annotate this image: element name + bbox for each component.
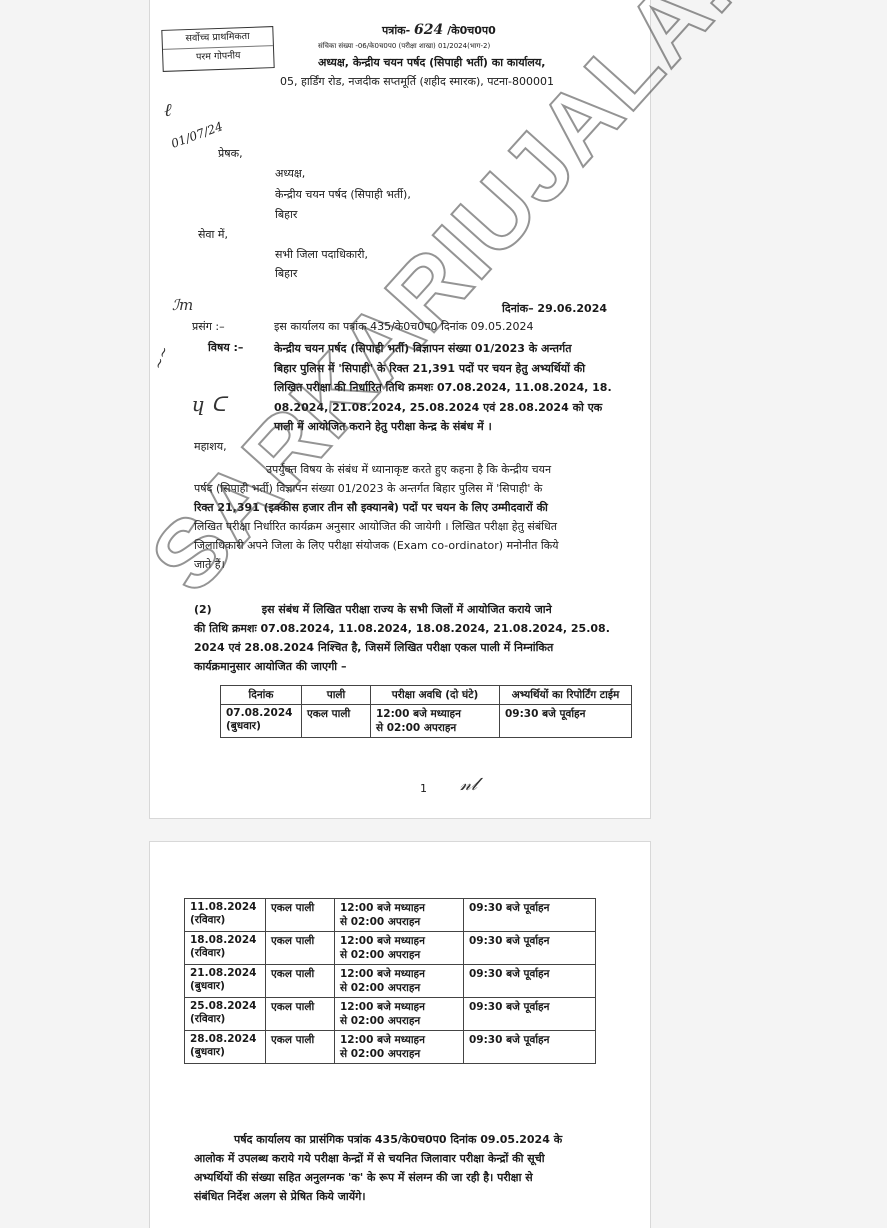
paragraph-2: (2)इस संबंध में लिखित परीक्षा राज्य के स… <box>194 600 614 676</box>
subject-label: विषय :– <box>208 339 243 356</box>
cell-reporting: 09:30 बजे पूर्वाहन <box>464 899 596 932</box>
cell-duration: 12:00 बजे मध्याहनसे 02:00 अपराहन <box>335 1031 464 1064</box>
cell-date: 07.08.2024(बुधवार) <box>221 705 302 738</box>
paragraph-1: उपर्युक्त विषय के संबंध में ध्यानाकृष्ट … <box>194 460 614 574</box>
reference-text: इस कार्यालय का पत्रांक 435/के0च0प0 दिनां… <box>274 318 534 335</box>
paragraph-line: लिखित परीक्षा निर्धारित कार्यक्रम अनुसार… <box>194 517 614 536</box>
file-reference: संचिका संख्या -06/के0च0प0 (परीक्षा शाखा)… <box>318 42 490 51</box>
paragraph-line: इस संबंध में लिखित परीक्षा राज्य के सभी … <box>262 603 552 616</box>
table-row: 25.08.2024(रविवार) एकल पाली 12:00 बजे मध… <box>185 998 596 1031</box>
handwritten-margin-note: ~~ <box>150 344 173 372</box>
cell-shift: एकल पाली <box>266 1031 335 1064</box>
cell-date: 21.08.2024(बुधवार) <box>185 965 266 998</box>
table-header-row: दिनांक पाली परीक्षा अवधि (दो घंटे) अभ्यर… <box>221 686 632 705</box>
column-header-duration: परीक्षा अवधि (दो घंटे) <box>371 686 500 705</box>
sender-label: प्रेषक, <box>218 145 243 162</box>
letter-number-suffix: /के0च0प0 <box>447 24 496 37</box>
sender-line-2: केन्द्रीय चयन पर्षद (सिपाही भर्ती), <box>275 186 411 203</box>
handwritten-date: 01/07/24 <box>169 119 224 151</box>
subject-line: पाली में आयोजित कराने हेतु परीक्षा केन्द… <box>274 417 612 437</box>
document-page-2: 11.08.2024(रविवार) एकल पाली 12:00 बजे मध… <box>150 842 650 1228</box>
cell-shift: एकल पाली <box>266 965 335 998</box>
column-header-reporting: अभ्यर्थियों का रिपोर्टिंग टाईम <box>500 686 632 705</box>
paragraph-line: रिक्त 21,391 (इक्कीस हजार तीन सौ इक्यानब… <box>194 498 614 517</box>
cell-shift: एकल पाली <box>302 705 371 738</box>
paragraph-number: (2) <box>194 603 212 616</box>
cell-shift: एकल पाली <box>266 899 335 932</box>
cell-duration: 12:00 बजे मध्याहनसे 02:00 अपराहन <box>335 899 464 932</box>
schedule-table-header-part: दिनांक पाली परीक्षा अवधि (दो घंटे) अभ्यर… <box>220 685 632 738</box>
cell-shift: एकल पाली <box>266 998 335 1031</box>
paragraph-line: कार्यक्रमानुसार आयोजित की जाएगी – <box>194 657 614 676</box>
letter-number-handwritten: 624 <box>414 22 443 38</box>
subject-line: बिहार पुलिस में 'सिपाही' के रिक्त 21,391… <box>274 359 612 379</box>
cell-date: 28.08.2024(बुधवार) <box>185 1031 266 1064</box>
table-row: 11.08.2024(रविवार) एकल पाली 12:00 बजे मध… <box>185 899 596 932</box>
column-header-shift: पाली <box>302 686 371 705</box>
handwritten-note-reference: ℐm <box>172 296 193 314</box>
paragraph-line: आलोक में उपलब्ध कराये गये परीक्षा केन्द्… <box>194 1149 618 1168</box>
cell-date: 18.08.2024(रविवार) <box>185 932 266 965</box>
letter-date: दिनांक– 29.06.2024 <box>502 300 607 317</box>
paragraph-line: पर्षद (सिपाही भर्ती) विज्ञापन संख्या 01/… <box>194 479 614 498</box>
letter-number: पत्रांक- 624 /के0च0प0 <box>382 22 496 39</box>
paragraph-line: संबंधित निर्देश अलग से प्रेषित किये जाये… <box>194 1187 618 1206</box>
paragraph-3: पर्षद कार्यालय का प्रासंगिक पत्रांक 435/… <box>194 1130 618 1206</box>
paragraph-line: पर्षद कार्यालय का प्रासंगिक पत्रांक 435/… <box>194 1130 618 1149</box>
salutation: महाशय, <box>194 438 227 455</box>
cell-duration: 12:00 बजे मध्याहनसे 02:00 अपराहन <box>335 965 464 998</box>
table-row: 21.08.2024(बुधवार) एकल पाली 12:00 बजे मध… <box>185 965 596 998</box>
address-line: 05, हार्डिंग रोड, नजदीक सप्तमूर्ति (शहीद… <box>280 73 554 90</box>
page-number: 1 <box>420 780 427 797</box>
column-header-date: दिनांक <box>221 686 302 705</box>
cell-duration: 12:00 बजे मध्याहनसे 02:00 अपराहन <box>335 998 464 1031</box>
recipient-line-2: बिहार <box>275 265 297 282</box>
cell-date: 11.08.2024(रविवार) <box>185 899 266 932</box>
table-row: 28.08.2024(बुधवार) एकल पाली 12:00 बजे मध… <box>185 1031 596 1064</box>
page-signature: 𝓃𝓁 <box>460 774 477 795</box>
schedule-table-continued: 11.08.2024(रविवार) एकल पाली 12:00 बजे मध… <box>184 898 596 1064</box>
paragraph-line: जाते हैं। <box>194 555 614 574</box>
table-row: 18.08.2024(रविवार) एकल पाली 12:00 बजे मध… <box>185 932 596 965</box>
subject-text: केन्द्रीय चयन पर्षद (सिपाही भर्ती) विज्ञ… <box>274 339 612 437</box>
sender-line-3: बिहार <box>275 206 297 223</box>
cell-shift: एकल पाली <box>266 932 335 965</box>
paragraph-line: की तिथि क्रमशः 07.08.2024, 11.08.2024, 1… <box>194 619 614 638</box>
document-page-1: सर्वोच्च प्राथमिकता परम गोपनीय पत्रांक- … <box>150 0 650 818</box>
paragraph-line: जिलाधिकारी अपने जिला के लिए परीक्षा संयो… <box>194 536 614 555</box>
cell-reporting: 09:30 बजे पूर्वाहन <box>464 932 596 965</box>
letter-number-label: पत्रांक- <box>382 24 410 37</box>
recipient-label: सेवा में, <box>198 226 228 243</box>
cell-date: 25.08.2024(रविवार) <box>185 998 266 1031</box>
cell-reporting: 09:30 बजे पूर्वाहन <box>464 998 596 1031</box>
subject-line: लिखित परीक्षा की निर्धारित तिथि क्रमशः 0… <box>274 378 612 398</box>
sender-line-1: अध्यक्ष, <box>275 165 305 182</box>
recipient-line-1: सभी जिला पदाधिकारी, <box>275 246 368 263</box>
cell-duration: 12:00 बजे मध्याहनसे 02:00 अपराहन <box>335 932 464 965</box>
subject-line: केन्द्रीय चयन पर्षद (सिपाही भर्ती) विज्ञ… <box>274 339 612 359</box>
stamp-line-2: परम गोपनीय <box>163 46 274 68</box>
cell-reporting: 09:30 बजे पूर्वाहन <box>464 1031 596 1064</box>
paragraph-line: अभ्यर्थियों की संख्या सहित अनुलग्नक 'क' … <box>194 1168 618 1187</box>
cell-reporting: 09:30 बजे पूर्वाहन <box>464 965 596 998</box>
table-row: 07.08.2024(बुधवार) एकल पाली 12:00 बजे मध… <box>221 705 632 738</box>
paragraph-line: उपर्युक्त विषय के संबंध में ध्यानाकृष्ट … <box>194 460 614 479</box>
priority-stamp: सर्वोच्च प्राथमिकता परम गोपनीय <box>161 26 274 72</box>
office-line: अध्यक्ष, केन्द्रीय चयन पर्षद (सिपाही भर्… <box>318 54 545 71</box>
cell-reporting: 09:30 बजे पूर्वाहन <box>500 705 632 738</box>
reference-label: प्रसंग :– <box>192 318 225 335</box>
initial-signature-top: ℓ <box>164 100 172 121</box>
paragraph-line: 2024 एवं 28.08.2024 निश्चित है, जिसमें ल… <box>194 638 614 657</box>
cell-duration: 12:00 बजे मध्याहनसे 02:00 अपराहन <box>371 705 500 738</box>
subject-line: 08.2024, 21.08.2024, 25.08.2024 एवं 28.0… <box>274 398 612 418</box>
handwritten-signature-margin: ɥ ᑕ <box>192 392 226 416</box>
